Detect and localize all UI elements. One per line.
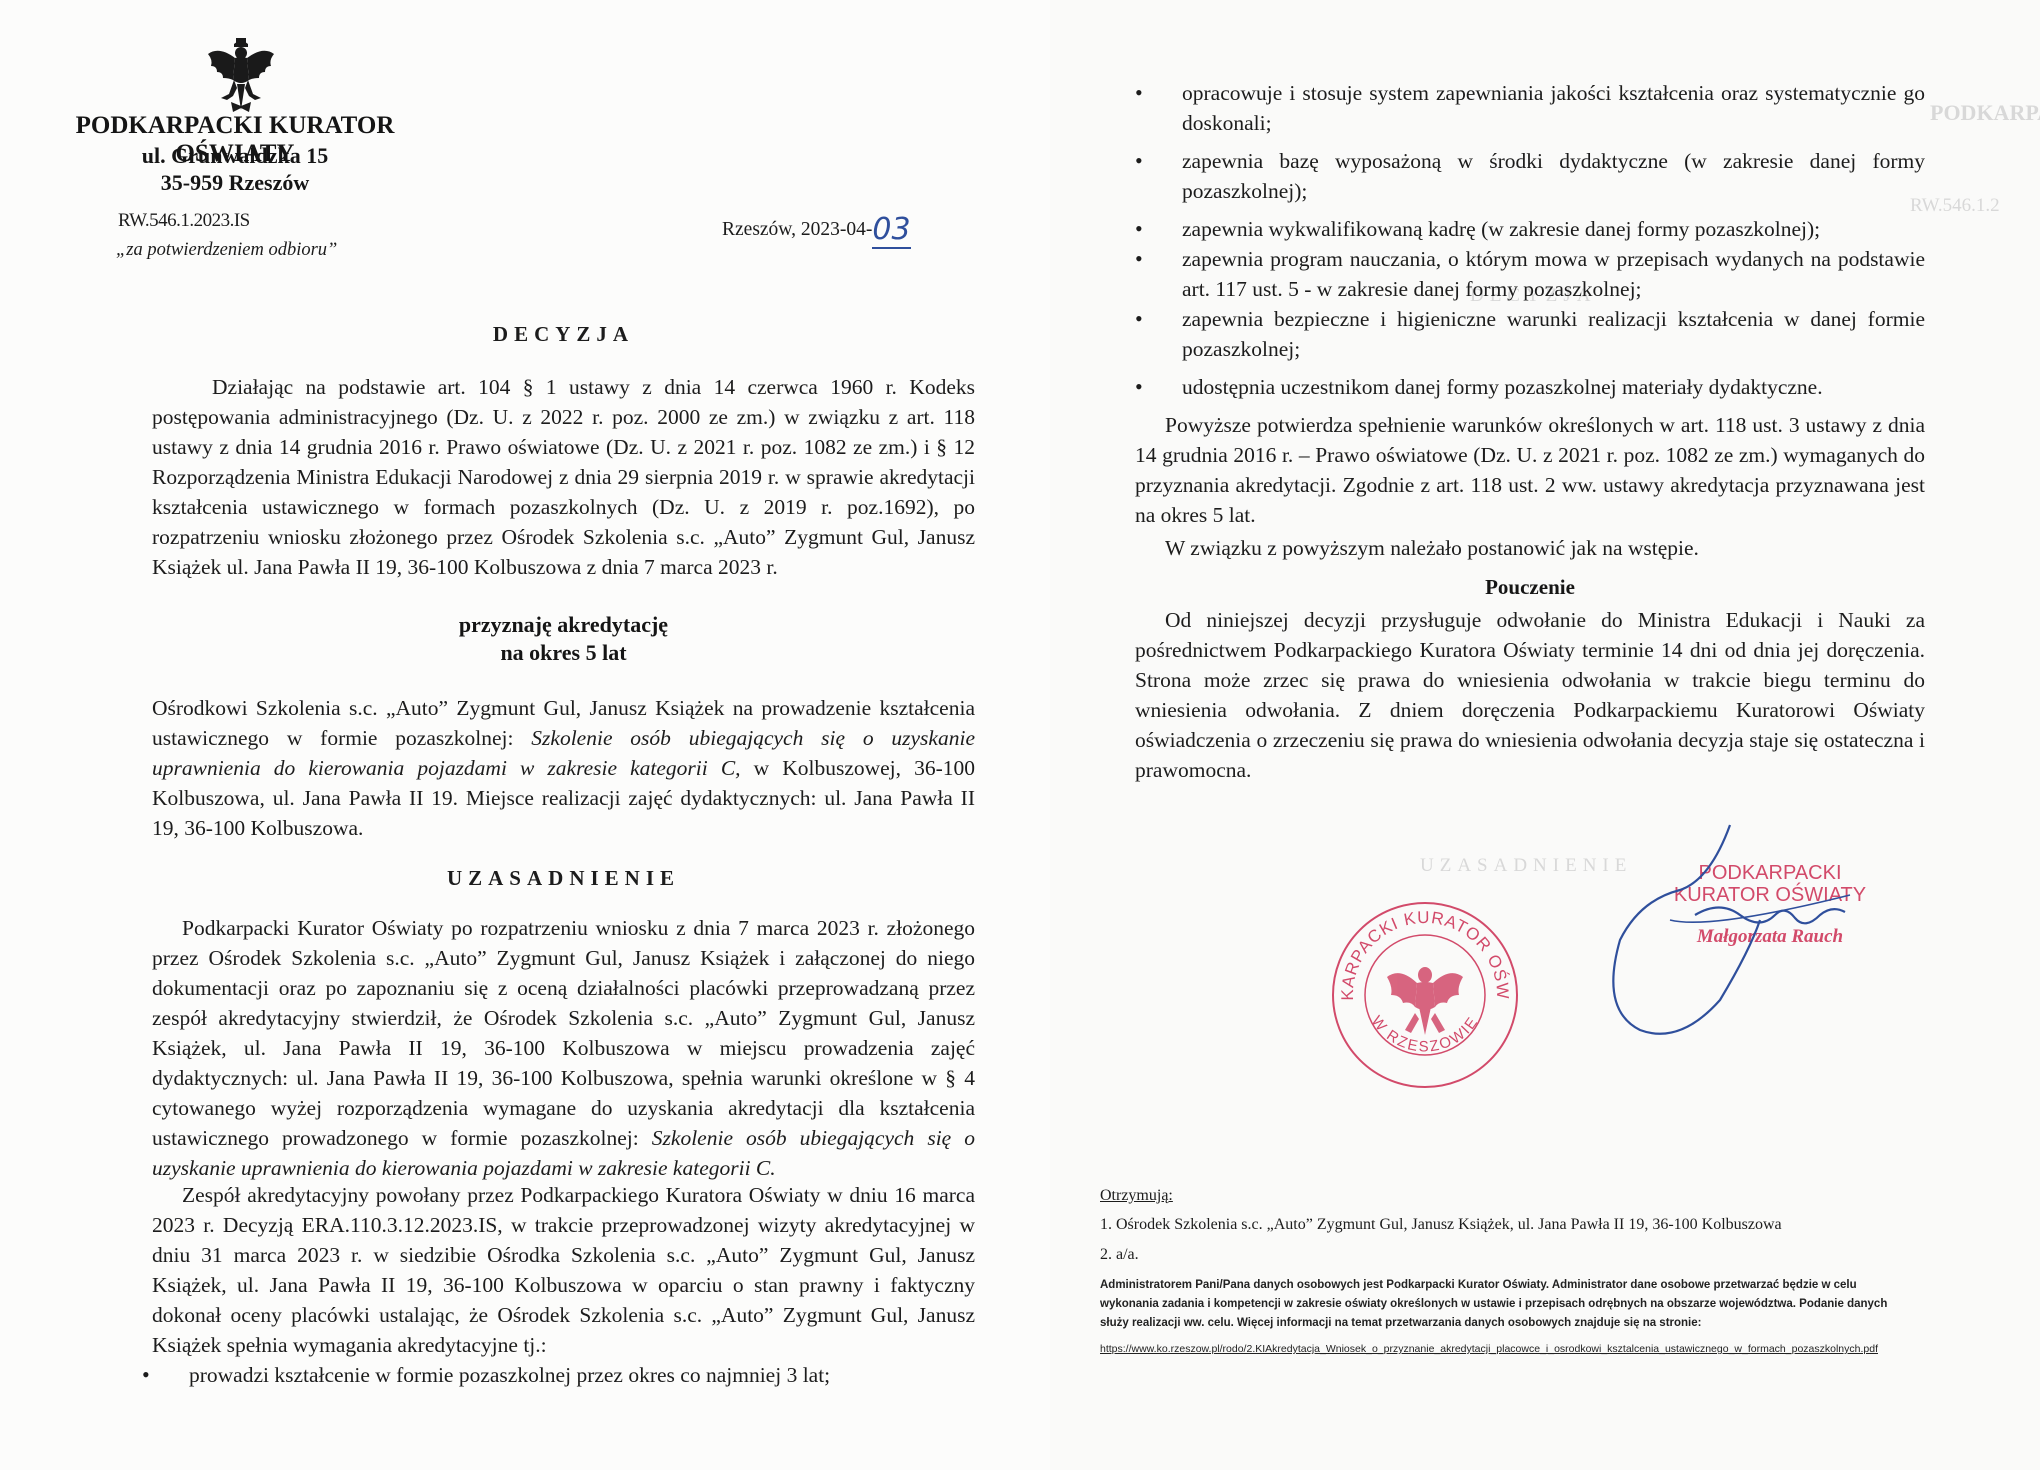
gdpr-notice: Administratorem Pani/Pana danych osobowy… [1100, 1276, 1900, 1333]
recipients-title: Otrzymują: [1100, 1187, 1173, 1205]
requirement-item: prowadzi kształcenie w formie pozaszkoln… [142, 1360, 975, 1390]
polish-eagle-emblem-icon [205, 36, 277, 114]
handwritten-signature-icon [1600, 820, 1880, 1050]
requirement-item: zapewnia program nauczania, o którym mow… [1135, 244, 1925, 304]
requirement-item: zapewnia bezpieczne i higieniczne warunk… [1135, 304, 1925, 364]
justification-paragraph-2: Zespół akredytacyjny powołany przez Podk… [152, 1180, 975, 1360]
reference-number: RW.546.1.2023.IS [118, 210, 250, 232]
grant-line-1: przyznaję akredytację [152, 612, 975, 638]
document-date: Rzeszów, 2023-04-03 [722, 208, 911, 243]
requirement-item: opracowuje i stosuje system zapewniania … [1135, 78, 1925, 138]
gdpr-link[interactable]: https://www.ko.rzeszow.pl/rodo/2.KIAkred… [1100, 1340, 1878, 1359]
instruction-title: Pouczenie [1135, 575, 1925, 600]
grant-line-2: na okres 5 lat [152, 640, 975, 666]
requirements-list-part-2: opracowuje i stosuje system zapewniania … [1135, 78, 1925, 410]
confirmation-paragraph: Powyższe potwierdza spełnienie warunków … [1135, 410, 1925, 530]
recipient-item: 2. a/a. [1100, 1246, 1139, 1264]
bleed-through-text: PODKARPACKI KURATOR OŚWIATY [1930, 100, 2040, 126]
justification-paragraph-1: Podkarpacki Kurator Oświaty po rozpatrze… [152, 913, 975, 1183]
decision-title: DECYZJA [152, 322, 975, 347]
recipient-item: 1. Ośrodek Szkolenia s.c. „Auto” Zygmunt… [1100, 1216, 1782, 1234]
page-1: PODKARPACKI KURATOR OŚWIATY ul. Grunwald… [0, 0, 1050, 1470]
justification-title: UZASADNIENIE [152, 866, 975, 891]
requirement-item: udostępnia uczestnikom danej formy pozas… [1135, 372, 1925, 402]
conclusion-paragraph: W związku z powyższym należało postanowi… [1135, 533, 1925, 563]
requirements-list-part-1: prowadzi kształcenie w formie pozaszkoln… [142, 1360, 975, 1398]
requirement-item: zapewnia bazę wyposażoną w środki dydakt… [1135, 146, 1925, 206]
instruction-paragraph: Od niniejszej decyzji przysługuje odwoła… [1135, 605, 1925, 785]
decision-intro: Działając na podstawie art. 104 § 1 usta… [152, 372, 975, 582]
grant-body: Ośrodkowi Szkolenia s.c. „Auto” Zygmunt … [152, 693, 975, 843]
requirement-item: zapewnia wykwalifikowaną kadrę (w zakres… [1135, 214, 1925, 244]
date-handwritten-day: 03 [872, 212, 910, 249]
official-round-stamp-icon: PODKARPACKI KURATOR OŚWIATY W RZESZOWIE [1325, 895, 1525, 1095]
authority-city: 35-959 Rzeszów [30, 170, 440, 196]
delivery-note: „za potwierdzeniem odbioru” [116, 240, 337, 261]
authority-street: ul. Grunwaldzka 15 [30, 143, 440, 169]
date-printed: Rzeszów, 2023-04- [722, 219, 872, 240]
